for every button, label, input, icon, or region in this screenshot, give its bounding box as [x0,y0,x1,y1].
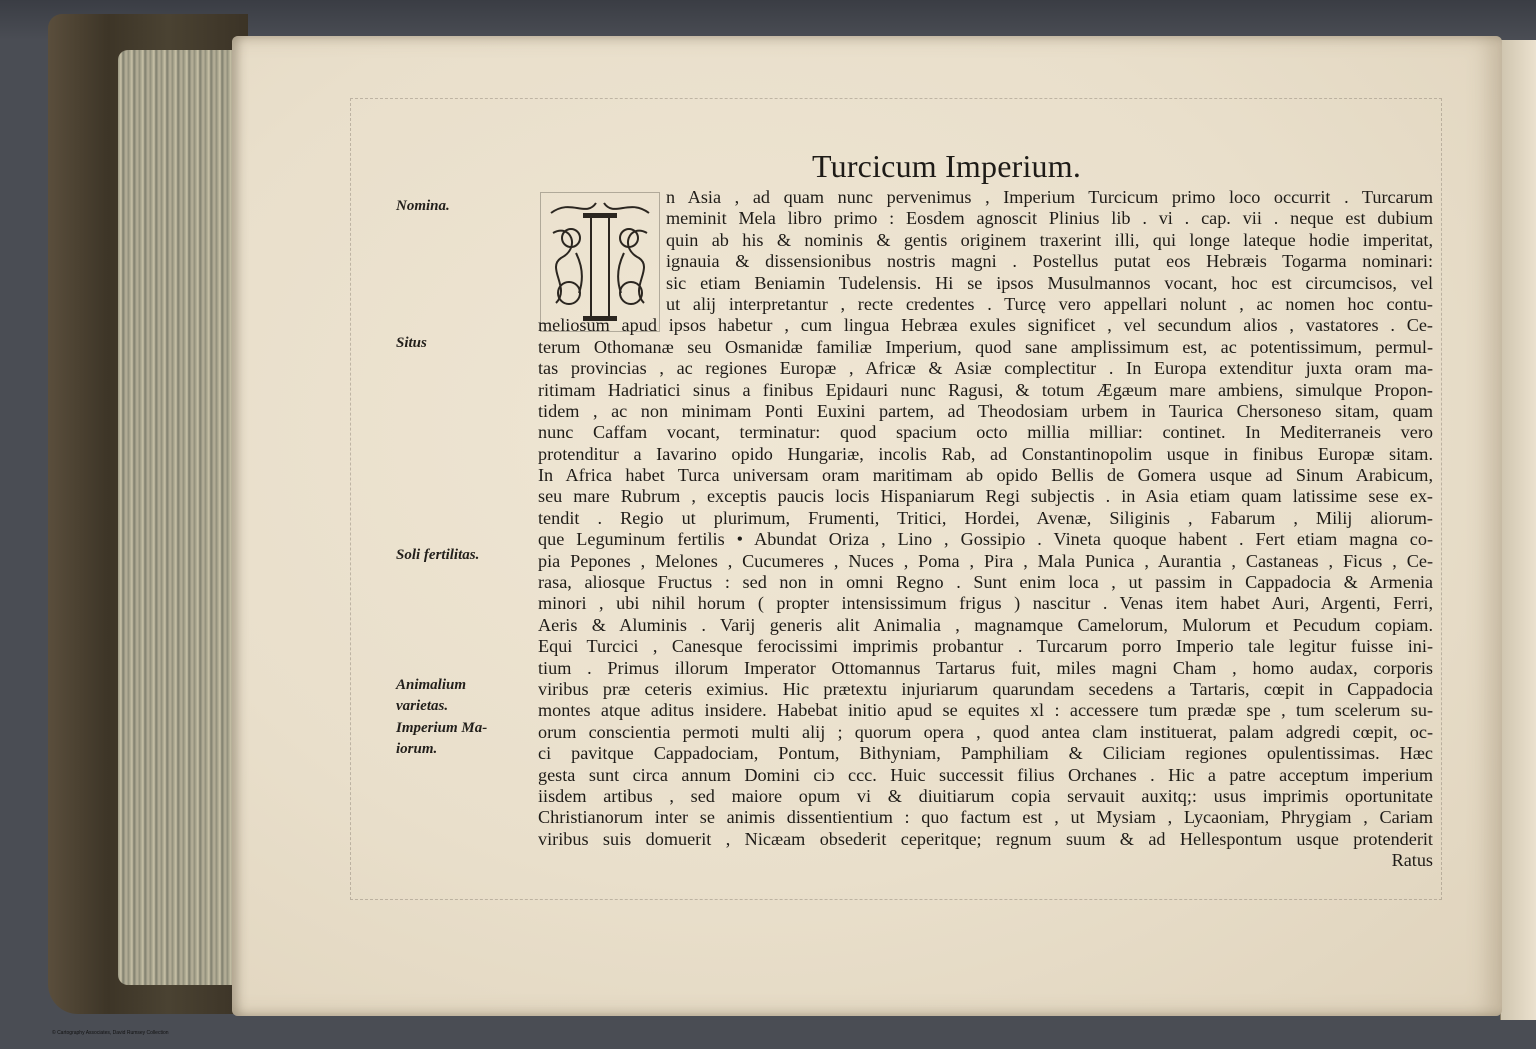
image-credit: © Cartography Associates, David Rumsey C… [52,1030,169,1036]
text-line: protenditur a Iavarino opido Hungariæ, i… [538,444,1433,465]
body-text: n Asia , ad quam nunc pervenimus , Imper… [538,187,1433,872]
text-line: tidem , ac non minimam Ponti Euxini part… [538,401,1433,422]
text-line: iisdem artibus , sed maiore opum vi & di… [538,786,1433,807]
page-title: Turcicum Imperium. [812,148,1081,185]
text-line: ci pavitque Cappadociam, Pontum, Bithyni… [538,743,1433,764]
margin-note: Animalium [396,675,466,696]
text-line: pia Pepones , Melones , Cucumeres , Nuce… [538,551,1433,572]
text-line: gesta sunt circa annum Domini ciↄ ccc. H… [538,765,1433,786]
text-line: Aeris & Aluminis . Varij generis alit An… [538,615,1433,636]
text-line: seu mare Rubrum , exceptis paucis locis … [538,486,1433,507]
catchword: Ratus [538,850,1433,871]
text-line: tas provincias , ac regiones Europæ , Af… [538,358,1433,379]
text-line: que Leguminum fertilis • Abundat Oriza ,… [538,529,1433,550]
text-line: viribus suis domuerit , Nicæam obsederit… [538,829,1433,850]
text-line: ritimam Hadriatici sinus a finibus Epida… [538,380,1433,401]
text-line: tium . Primus illorum Imperator Ottomann… [538,658,1433,679]
text-line: n Asia , ad quam nunc pervenimus , Imper… [538,187,1433,208]
margin-note: Imperium Ma- [396,718,487,739]
text-line: montes atque aditus insidere. Habebat in… [538,700,1433,721]
text-line: terum Othomanæ seu Osmanidæ familiæ Impe… [538,337,1433,358]
text-line: Christianorum inter se animis dissentien… [538,807,1433,828]
text-line: meliosum apud ipsos habetur , cum lingua… [538,315,1433,336]
text-line: rasa, aliosque Fructus : sed non in omni… [538,572,1433,593]
page-edges [118,50,238,985]
text-line: quin ab his & nominis & gentis originem … [538,230,1433,251]
text-line: meminit Mela libro primo : Eosdem agnosc… [538,208,1433,229]
text-line: In Africa habet Turca universam oram mar… [538,465,1433,486]
facing-page-edge [1500,40,1536,1020]
text-line: orum conscientia permoti multi alij ; qu… [538,722,1433,743]
text-line: nunc Caffam vocant, terminatur: quod spa… [538,422,1433,443]
margin-note: varietas. [396,696,448,717]
text-line: Equi Turcici , Canesque ferocissimi impr… [538,636,1433,657]
text-line: ignauia & dissensionibus nostris magni .… [538,251,1433,272]
margin-note: Nomina. [396,196,450,217]
margin-note: Situs [396,333,427,354]
text-line: viribus præ ceteris eximius. Hic prætext… [538,679,1433,700]
text-line: minori , ubi nihil horum ( propter inten… [538,593,1433,614]
text-line: sic etiam Beniamin Tudelensis. Hi se ips… [538,273,1433,294]
text-line: ut alij interpretantur , recte credentes… [538,294,1433,315]
margin-note: iorum. [396,739,437,760]
text-line: tendit . Regio ut plurimum, Frumenti, Tr… [538,508,1433,529]
margin-note: Soli fertilitas. [396,545,479,566]
